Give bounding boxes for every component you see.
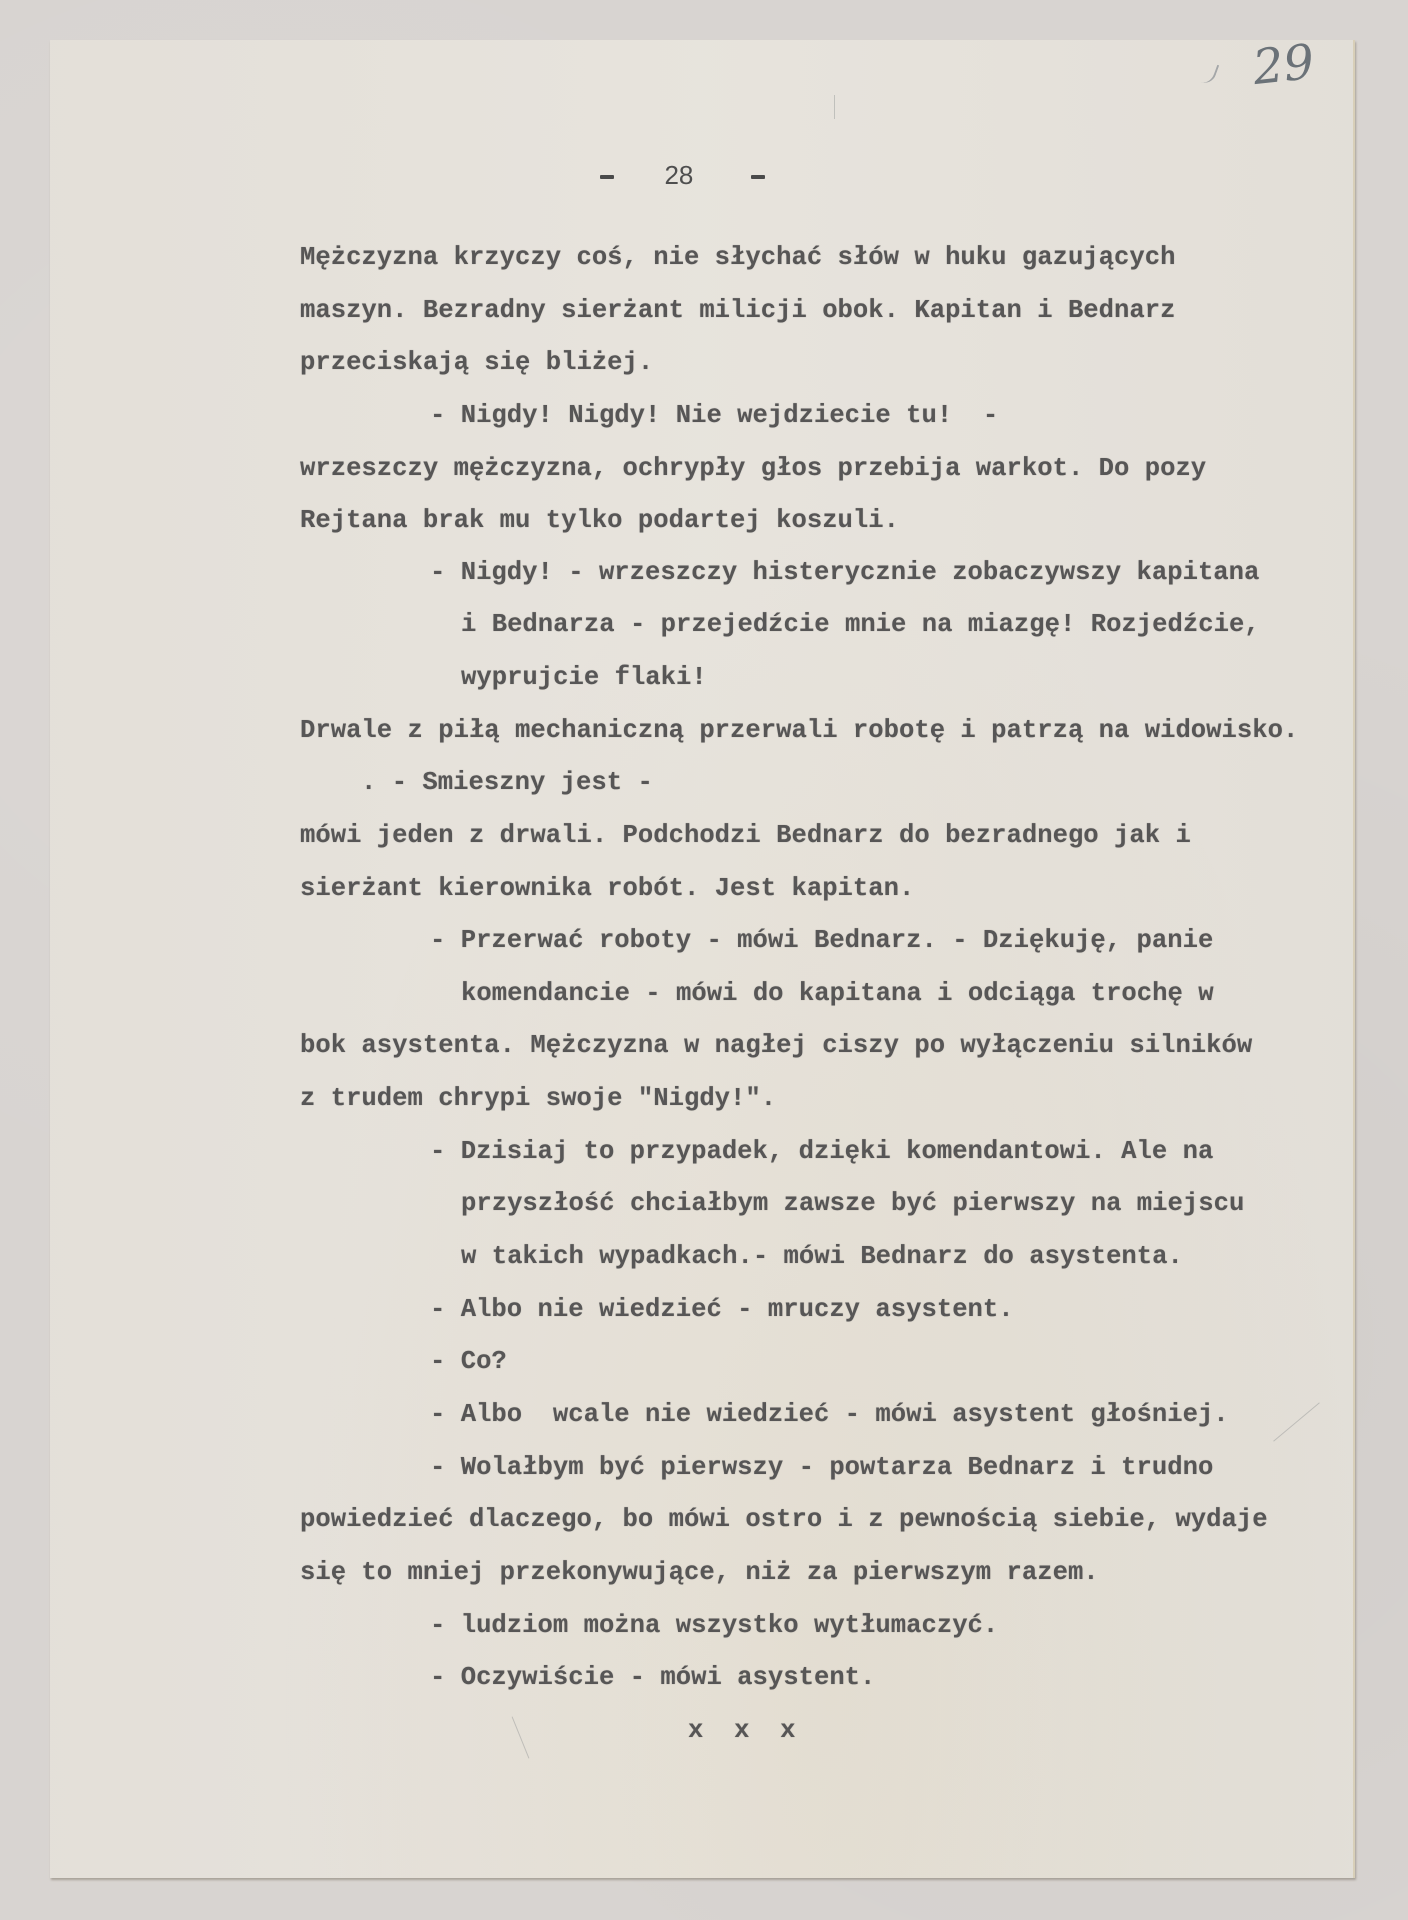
dialogue-line: . - Smieszny jest - xyxy=(361,768,653,798)
dialogue-continuation: komendancie - mówi do kapitana i odciąga… xyxy=(461,979,1214,1009)
page-number: 28 xyxy=(664,160,693,190)
dialogue-continuation: i Bednarza - przejedźcie mnie na miazgę!… xyxy=(461,610,1260,640)
text-line: wrzeszczy mężczyzna, ochrypły głos przeb… xyxy=(300,454,1206,484)
dialogue-line: - Albo nie wiedzieć - mruczy asystent. xyxy=(430,1295,1014,1325)
text-line: Rejtana brak mu tylko podartej koszuli. xyxy=(300,506,899,536)
dialogue-line: - Wolałbym być pierwszy - powtarza Bedna… xyxy=(430,1453,1213,1483)
dialogue-continuation: w takich wypadkach.- mówi Bednarz do asy… xyxy=(461,1242,1183,1272)
dialogue-line: - Albo wcale nie wiedzieć - mówi asysten… xyxy=(430,1400,1229,1430)
text-line: powiedzieć dlaczego, bo mówi ostro i z p… xyxy=(300,1505,1268,1535)
dialogue-continuation: przyszłość chciałbym zawsze być pierwszy… xyxy=(461,1189,1244,1219)
dialogue-line: - Przerwać roboty - mówi Bednarz. - Dzię… xyxy=(430,926,1213,956)
text-line: Drwale z piłą mechaniczną przerwali robo… xyxy=(300,716,1298,746)
dialogue-line: - Nigdy! Nigdy! Nie wejdziecie tu! - xyxy=(430,401,998,431)
text-line: mówi jeden z drwali. Podchodzi Bednarz d… xyxy=(300,821,1191,851)
section-break: x x x xyxy=(688,1716,796,1746)
text-line: bok asystenta. Mężczyzna w nagłej ciszy … xyxy=(300,1031,1252,1061)
text-line: przeciskają się bliżej. xyxy=(300,348,653,378)
text-line: się to mniej przekonywujące, niż za pier… xyxy=(300,1558,1099,1588)
text-line: sierżant kierownika robót. Jest kapitan. xyxy=(300,874,914,904)
dialogue-line: - Oczywiście - mówi asystent. xyxy=(430,1663,875,1693)
paper-scratch xyxy=(834,95,835,119)
header-dash-left xyxy=(600,175,614,179)
dialogue-line: - Co? xyxy=(430,1347,507,1377)
text-line: z trudem chrypi swoje "Nigdy!". xyxy=(300,1084,776,1114)
dialogue-continuation: wyprujcie flaki! xyxy=(461,663,707,693)
text-line: maszyn. Bezradny sierżant milicji obok. … xyxy=(300,296,1175,326)
dialogue-line: - ludziom można wszystko wytłumaczyć. xyxy=(430,1611,998,1641)
text-line: Mężczyzna krzyczy coś, nie słychać słów … xyxy=(300,243,1175,273)
header-dash-right xyxy=(751,175,765,179)
dialogue-line: - Nigdy! - wrzeszczy histerycznie zobacz… xyxy=(430,558,1259,588)
page-header: 28 xyxy=(586,130,765,190)
dialogue-line: - Dzisiaj to przypadek, dzięki komendant… xyxy=(430,1137,1213,1167)
archive-page-number: 29 xyxy=(1250,35,1316,95)
